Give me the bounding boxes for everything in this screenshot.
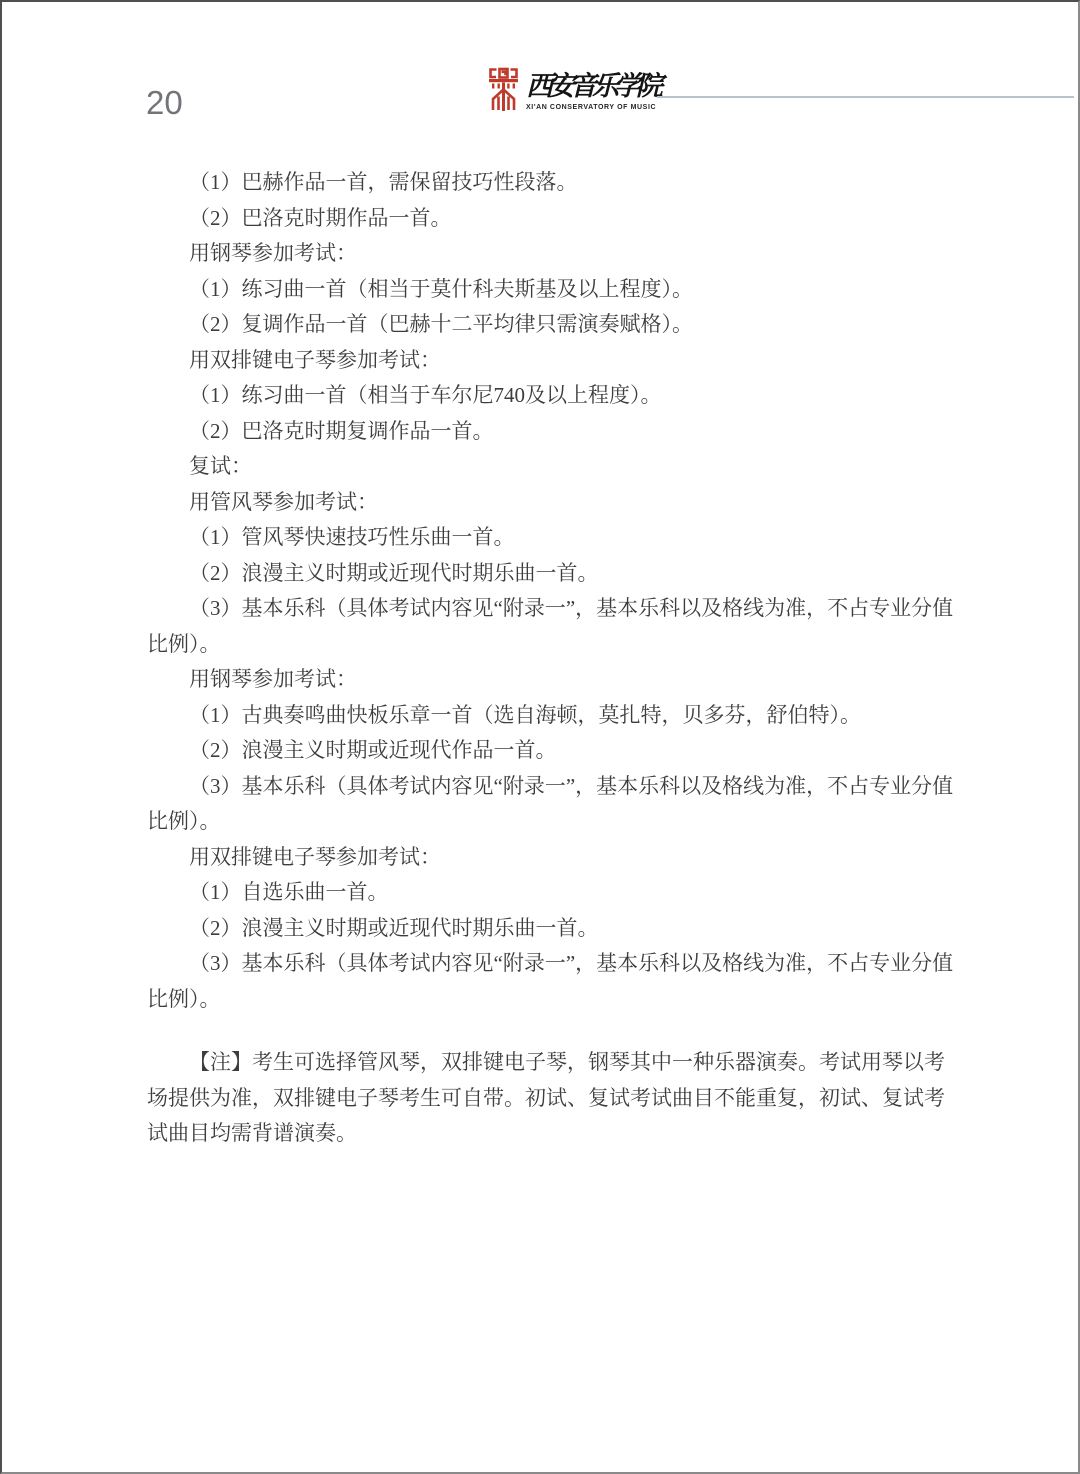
paragraph: 用双排键电子琴参加考试： [147, 840, 965, 876]
paragraph: （1）古典奏鸣曲快板乐章一首（选自海顿，莫扎特，贝多芬，舒伯特）。 [147, 698, 965, 734]
paragraph: （3）基本乐科（具体考试内容见“附录一”，基本乐科以及格线为准，不占专业分值比例… [147, 946, 965, 1017]
paragraph: （2）浪漫主义时期或近现代作品一首。 [147, 733, 965, 769]
exam-note: 【注】考生可选择管风琴，双排键电子琴，钢琴其中一种乐器演奏。考试用琴以考场提供为… [147, 1045, 965, 1152]
school-name-en: XI'AN CONSERVATORY OF MUSIC [526, 104, 658, 111]
document-page: 20 [0, 0, 1080, 1474]
paragraph: （2）巴洛克时期复调作品一首。 [147, 414, 965, 450]
paragraph: 用钢琴参加考试： [147, 662, 965, 698]
paragraph: 用管风琴参加考试： [147, 485, 965, 521]
conservatory-seal-icon [488, 66, 519, 113]
paragraph: （2）浪漫主义时期或近现代时期乐曲一首。 [147, 911, 965, 947]
paragraph: （1）自选乐曲一首。 [147, 875, 965, 911]
body-text: （1）巴赫作品一首，需保留技巧性段落。（2）巴洛克时期作品一首。用钢琴参加考试：… [147, 165, 965, 1152]
paragraph: （1）管风琴快速技巧性乐曲一首。 [147, 520, 965, 556]
paragraph: （2）巴洛克时期作品一首。 [147, 201, 965, 237]
paragraph: 复试： [147, 449, 965, 485]
paragraph: （2）浪漫主义时期或近现代时期乐曲一首。 [147, 556, 965, 592]
paragraph: （1）练习曲一首（相当于车尔尼740及以上程度）。 [147, 378, 965, 414]
paragraph: （1）练习曲一首（相当于莫什科夫斯基及以上程度）。 [147, 272, 965, 308]
paragraph: （2）复调作品一首（巴赫十二平均律只需演奏赋格）。 [147, 307, 965, 343]
page-number: 20 [146, 86, 183, 119]
header-logo: 西安音乐学院 XI'AN CONSERVATORY OF MUSIC [488, 66, 658, 113]
logo-text: 西安音乐学院 XI'AN CONSERVATORY OF MUSIC [526, 66, 658, 111]
paragraph: 用双排键电子琴参加考试： [147, 343, 965, 379]
paragraph: 用钢琴参加考试： [147, 236, 965, 272]
paragraph: （3）基本乐科（具体考试内容见“附录一”，基本乐科以及格线为准，不占专业分值比例… [147, 591, 965, 662]
paragraph: （1）巴赫作品一首，需保留技巧性段落。 [147, 165, 965, 201]
paragraph: （3）基本乐科（具体考试内容见“附录一”，基本乐科以及格线为准，不占专业分值比例… [147, 769, 965, 840]
header-rule [657, 96, 1074, 98]
paragraph-list: （1）巴赫作品一首，需保留技巧性段落。（2）巴洛克时期作品一首。用钢琴参加考试：… [147, 165, 965, 1017]
school-name-zh: 西安音乐学院 [526, 73, 658, 100]
